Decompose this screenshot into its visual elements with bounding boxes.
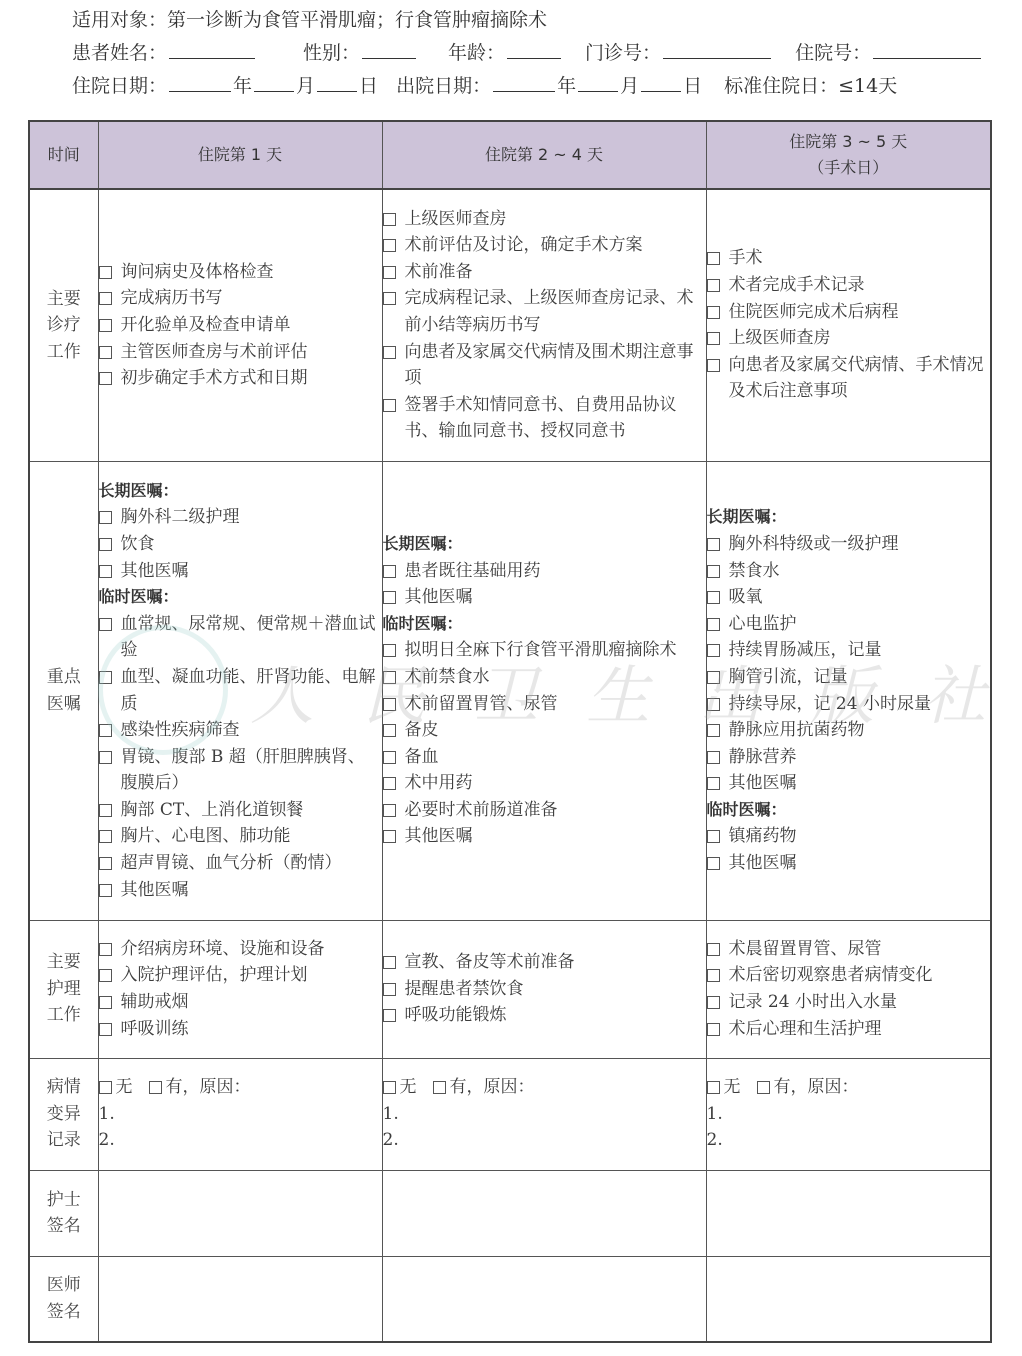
checklist-item[interactable]: 血型、凝血功能、肝肾功能、电解质 (99, 664, 382, 717)
checkbox-icon[interactable] (99, 292, 112, 305)
temporary-orders-title: 临时医嘱： (99, 584, 382, 611)
standard-stay-label: 标准住院日： (724, 70, 838, 103)
admit-year-field[interactable] (169, 71, 231, 92)
long-term-orders-title: 长期医嘱： (707, 504, 991, 531)
patient-info-line: 患者姓名： 性别： 年龄： 门诊号： 住院号： (72, 37, 1012, 70)
column-header-day3-5-sub: （手术日） (707, 155, 991, 181)
checkbox-icon[interactable] (433, 1081, 446, 1094)
patient-name-field[interactable] (169, 38, 255, 59)
column-header-day1: 住院第 1 天 (98, 121, 382, 189)
checkbox-icon[interactable] (707, 943, 720, 956)
doctor-signature-day2-4[interactable] (382, 1256, 706, 1342)
checklist-item[interactable]: 静脉应用抗菌药物 (707, 717, 991, 744)
variance-day1: 无 有，原因： 1. 2. (98, 1058, 382, 1170)
checklist-item[interactable]: 签署手术知情同意书、自费用品协议书、输血同意书、授权同意书 (383, 392, 706, 445)
checkbox-icon[interactable] (383, 671, 396, 684)
checklist-item[interactable]: 其他医嘱 (383, 823, 706, 850)
checklist-item[interactable]: 其他医嘱 (707, 850, 991, 877)
checkbox-icon[interactable] (707, 857, 720, 870)
checklist-item[interactable]: 开化验单及检查申请单 (99, 312, 382, 339)
variance-yes-option[interactable]: 有，原因： (149, 1074, 251, 1101)
checkbox-icon[interactable] (99, 671, 112, 684)
checkbox-icon[interactable] (707, 591, 720, 604)
checklist-item[interactable]: 静脉营养 (707, 744, 991, 771)
checkbox-icon[interactable] (383, 777, 396, 790)
nurse-signature-day3-5[interactable] (706, 1170, 991, 1256)
checklist-item[interactable]: 上级医师查房 (383, 206, 706, 233)
gender-label: 性别： (303, 37, 360, 70)
inpatient-no-field[interactable] (873, 38, 981, 59)
checklist-item[interactable]: 呼吸训练 (99, 1016, 382, 1043)
checklist-item[interactable]: 术后密切观察患者病情变化 (707, 962, 991, 989)
checklist-item[interactable]: 其他医嘱 (383, 584, 706, 611)
checkbox-icon[interactable] (707, 671, 720, 684)
outpatient-no-label: 门诊号： (585, 37, 661, 70)
checklist-item[interactable]: 其他医嘱 (99, 877, 382, 904)
discharge-day-field[interactable] (641, 71, 681, 92)
checklist-item[interactable]: 必要时术前肠道准备 (383, 797, 706, 824)
checklist-item[interactable]: 胸管引流，记量 (707, 664, 991, 691)
checkbox-icon[interactable] (99, 830, 112, 843)
row-label-nurse-signature: 护士 签名 (29, 1170, 98, 1256)
checkbox-icon[interactable] (99, 969, 112, 982)
row-label-variance: 病情 变异 记录 (29, 1058, 98, 1170)
checklist-item[interactable]: 血常规、尿常规、便常规＋潜血试验 (99, 611, 382, 664)
discharge-month-field[interactable] (578, 71, 618, 92)
variance-reason-2[interactable]: 2. (99, 1127, 382, 1154)
variance-none-option[interactable]: 无 (707, 1074, 741, 1101)
checkbox-icon[interactable] (707, 969, 720, 982)
checklist-item[interactable]: 宣教、备皮等术前准备 (383, 949, 706, 976)
doctor-signature-day3-5[interactable] (706, 1256, 991, 1342)
nursing-day1: 介绍病房环境、设施和设备 入院护理评估，护理计划 辅助戒烟 呼吸训练 (98, 920, 382, 1058)
checklist-item[interactable]: 拟明日全麻下行食管平滑肌瘤摘除术 (383, 637, 706, 664)
checklist-item[interactable]: 术前留置胃管、尿管 (383, 691, 706, 718)
checklist-item[interactable]: 术前禁食水 (383, 664, 706, 691)
standard-stay-value: ≤14天 (838, 70, 897, 103)
checkbox-icon[interactable] (99, 372, 112, 385)
checkbox-icon[interactable] (707, 1023, 720, 1036)
checkbox-icon[interactable] (707, 698, 720, 711)
age-label: 年龄： (448, 37, 505, 70)
checklist-item[interactable]: 备血 (383, 744, 706, 771)
checkbox-icon[interactable] (707, 830, 720, 843)
checkbox-icon[interactable] (707, 996, 720, 1009)
column-header-day3-5: 住院第 3 ~ 5 天 （手术日） (706, 121, 991, 189)
checkbox-icon[interactable] (707, 252, 720, 265)
checklist-item[interactable]: 术后心理和生活护理 (707, 1016, 991, 1043)
nursing-day2-4: 宣教、备皮等术前准备 提醒患者禁饮食 呼吸功能锻炼 (382, 920, 706, 1058)
checklist-item[interactable]: 禁食水 (707, 558, 991, 585)
checkbox-icon[interactable] (383, 239, 396, 252)
checkbox-icon[interactable] (707, 777, 720, 790)
row-label-key-orders: 重点 医嘱 (29, 461, 98, 920)
checklist-item[interactable]: 呼吸功能锻炼 (383, 1002, 706, 1029)
checklist-item[interactable]: 完成病历书写 (99, 285, 382, 312)
form-header: 适用对象： 第一诊断为食管平滑肌瘤；行食管肿瘤摘除术 患者姓名： 性别： 年龄：… (72, 4, 1012, 103)
checkbox-icon[interactable] (383, 956, 396, 969)
checklist-item[interactable]: 记录 24 小时出入水量 (707, 989, 991, 1016)
main-work-day1: 询问病史及体格检查 完成病历书写 开化验单及检查申请单 主管医师查房与术前评估 … (98, 189, 382, 461)
admit-day-field[interactable] (317, 71, 357, 92)
nursing-day3-5: 术晨留置胃管、尿管 术后密切观察患者病情变化 记录 24 小时出入水量 术后心理… (706, 920, 991, 1058)
discharge-year-field[interactable] (493, 71, 555, 92)
applicable-line: 适用对象： 第一诊断为食管平滑肌瘤；行食管肿瘤摘除术 (72, 4, 1012, 37)
checklist-item[interactable]: 其他医嘱 (99, 558, 382, 585)
checkbox-icon[interactable] (383, 399, 396, 412)
checklist-item[interactable]: 上级医师查房 (707, 325, 991, 352)
checklist-item[interactable]: 胃镜、腹部 B 超（肝胆脾胰肾、腹膜后） (99, 744, 382, 797)
checklist-item[interactable]: 胸片、心电图、肺功能 (99, 823, 382, 850)
year-label: 年 (233, 70, 252, 103)
variance-none-option[interactable]: 无 (99, 1074, 133, 1101)
applicable-label: 适用对象： (72, 4, 167, 37)
checklist-item[interactable]: 备皮 (383, 717, 706, 744)
row-key-orders: 重点 医嘱 长期医嘱： 胸外科二级护理 饮食 其他医嘱 临时医嘱： 血常规、尿常… (29, 461, 991, 920)
day-label: 日 (359, 70, 378, 103)
checklist-item[interactable]: 持续导尿，记 24 小时尿量 (707, 691, 991, 718)
checkbox-icon[interactable] (707, 279, 720, 292)
key-orders-day1: 长期医嘱： 胸外科二级护理 饮食 其他医嘱 临时医嘱： 血常规、尿常规、便常规＋… (98, 461, 382, 920)
checkbox-icon[interactable] (99, 1023, 112, 1036)
checklist-item[interactable]: 其他医嘱 (707, 770, 991, 797)
outpatient-no-field[interactable] (663, 38, 771, 59)
checkbox-icon[interactable] (707, 618, 720, 631)
admit-date-label: 住院日期： (72, 70, 167, 103)
nurse-signature-day1[interactable] (98, 1170, 382, 1256)
year-label: 年 (557, 70, 576, 103)
checklist-item[interactable]: 向患者及家属交代病情、手术情况及术后注意事项 (707, 352, 991, 405)
long-term-orders-title: 长期医嘱： (383, 531, 706, 558)
temporary-orders-title: 临时医嘱： (707, 797, 991, 824)
variance-reason-1[interactable]: 1. (99, 1101, 382, 1128)
checklist-item[interactable]: 主管医师查房与术前评估 (99, 339, 382, 366)
checklist-item[interactable]: 持续胃肠减压，记量 (707, 637, 991, 664)
row-label-nursing: 主要 护理 工作 (29, 920, 98, 1058)
checklist-item[interactable]: 感染性疾病筛查 (99, 717, 382, 744)
checklist-item[interactable]: 询问病史及体格检查 (99, 259, 382, 286)
checkbox-icon[interactable] (99, 1081, 112, 1094)
variance-yes-option[interactable]: 有，原因： (757, 1074, 859, 1101)
checklist-item[interactable]: 手术 (707, 245, 991, 272)
admit-month-field[interactable] (254, 71, 294, 92)
temporary-orders-title: 临时医嘱： (383, 611, 706, 638)
age-field[interactable] (507, 38, 561, 59)
checkbox-icon[interactable] (99, 266, 112, 279)
checkbox-icon[interactable] (99, 943, 112, 956)
clinical-pathway-table: 时间 住院第 1 天 住院第 2 ~ 4 天 住院第 3 ~ 5 天 （手术日）… (28, 120, 992, 1343)
checkbox-icon[interactable] (383, 751, 396, 764)
variance-reason-1[interactable]: 1. (383, 1101, 706, 1128)
dates-line: 住院日期： 年 月 日 出院日期： 年 月 日 标准住院日： ≤14天 (72, 70, 1012, 103)
gender-field[interactable] (362, 38, 416, 59)
checklist-item[interactable]: 饮食 (99, 531, 382, 558)
main-work-day3-5: 手术 术者完成手术记录 住院医师完成术后病程 上级医师查房 向患者及家属交代病情… (706, 189, 991, 461)
checkbox-icon[interactable] (99, 346, 112, 359)
checklist-item[interactable]: 提醒患者禁饮食 (383, 976, 706, 1003)
table-header-row: 时间 住院第 1 天 住院第 2 ~ 4 天 住院第 3 ~ 5 天 （手术日） (29, 121, 991, 189)
variance-reason-2[interactable]: 2. (707, 1127, 991, 1154)
checkbox-icon[interactable] (707, 751, 720, 764)
checkbox-icon[interactable] (707, 332, 720, 345)
checkbox-icon[interactable] (383, 346, 396, 359)
checklist-item[interactable]: 介绍病房环境、设施和设备 (99, 936, 382, 963)
discharge-date-label: 出院日期： (396, 70, 491, 103)
checkbox-icon[interactable] (99, 857, 112, 870)
checkbox-icon[interactable] (99, 538, 112, 551)
checkbox-icon[interactable] (383, 983, 396, 996)
checkbox-icon[interactable] (99, 884, 112, 897)
checkbox-icon[interactable] (383, 266, 396, 279)
row-label-doctor-signature: 医师 签名 (29, 1256, 98, 1342)
checkbox-icon[interactable] (99, 511, 112, 524)
checkbox-icon[interactable] (707, 644, 720, 657)
variance-none-option[interactable]: 无 (383, 1074, 417, 1101)
variance-reason-1[interactable]: 1. (707, 1101, 991, 1128)
checkbox-icon[interactable] (757, 1081, 770, 1094)
checkbox-icon[interactable] (149, 1081, 162, 1094)
checkbox-icon[interactable] (707, 359, 720, 372)
checklist-item[interactable]: 术前评估及讨论，确定手术方案 (383, 232, 706, 259)
doctor-signature-day1[interactable] (98, 1256, 382, 1342)
checkbox-icon[interactable] (383, 213, 396, 226)
checkbox-icon[interactable] (707, 538, 720, 551)
applicable-value: 第一诊断为食管平滑肌瘤；行食管肿瘤摘除术 (167, 4, 547, 37)
row-label-main-work: 主要 诊疗 工作 (29, 189, 98, 461)
column-header-day3-5-title: 住院第 3 ~ 5 天 (707, 129, 991, 155)
checklist-item[interactable]: 超声胃镜、血气分析（酌情） (99, 850, 382, 877)
key-orders-day3-5: 长期医嘱： 胸外科特级或一级护理 禁食水 吸氧 心电监护 持续胃肠减压，记量 胸… (706, 461, 991, 920)
checkbox-icon[interactable] (383, 292, 396, 305)
row-doctor-signature: 医师 签名 (29, 1256, 991, 1342)
inpatient-no-label: 住院号： (795, 37, 871, 70)
main-work-day2-4: 上级医师查房 术前评估及讨论，确定手术方案 术前准备 完成病程记录、上级医师查房… (382, 189, 706, 461)
long-term-orders-title: 长期医嘱： (99, 478, 382, 505)
checkbox-icon[interactable] (99, 618, 112, 631)
checkbox-icon[interactable] (99, 724, 112, 737)
checkbox-icon[interactable] (383, 1081, 396, 1094)
month-label: 月 (620, 70, 639, 103)
checklist-item[interactable]: 术前准备 (383, 259, 706, 286)
column-header-day2-4: 住院第 2 ~ 4 天 (382, 121, 706, 189)
checkbox-icon[interactable] (99, 319, 112, 332)
column-header-time: 时间 (29, 121, 98, 189)
variance-day2-4: 无 有，原因： 1. 2. (382, 1058, 706, 1170)
checklist-item[interactable]: 向患者及家属交代病情及围术期注意事项 (383, 339, 706, 392)
checkbox-icon[interactable] (99, 565, 112, 578)
nurse-signature-day2-4[interactable] (382, 1170, 706, 1256)
checklist-item[interactable]: 吸氧 (707, 584, 991, 611)
checklist-item[interactable]: 术晨留置胃管、尿管 (707, 936, 991, 963)
checkbox-icon[interactable] (99, 804, 112, 817)
checkbox-icon[interactable] (707, 724, 720, 737)
variance-reason-2[interactable]: 2. (383, 1127, 706, 1154)
checkbox-icon[interactable] (383, 644, 396, 657)
checkbox-icon[interactable] (707, 1081, 720, 1094)
row-nurse-signature: 护士 签名 (29, 1170, 991, 1256)
checkbox-icon[interactable] (383, 804, 396, 817)
checkbox-icon[interactable] (707, 306, 720, 319)
row-variance: 病情 变异 记录 无 有，原因： 1. 2. 无 有，原因： 1. 2. (29, 1058, 991, 1170)
checkbox-icon[interactable] (99, 751, 112, 764)
patient-name-label: 患者姓名： (72, 37, 167, 70)
checkbox-icon[interactable] (383, 698, 396, 711)
checklist-item[interactable]: 辅助戒烟 (99, 989, 382, 1016)
row-main-work: 主要 诊疗 工作 询问病史及体格检查 完成病历书写 开化验单及检查申请单 主管医… (29, 189, 991, 461)
checkbox-icon[interactable] (383, 830, 396, 843)
checklist-item[interactable]: 镇痛药物 (707, 823, 991, 850)
variance-yes-option[interactable]: 有，原因： (433, 1074, 535, 1101)
checkbox-icon[interactable] (707, 565, 720, 578)
checklist-item[interactable]: 术中用药 (383, 770, 706, 797)
checklist-item[interactable]: 胸外科特级或一级护理 (707, 531, 991, 558)
row-nursing: 主要 护理 工作 介绍病房环境、设施和设备 入院护理评估，护理计划 辅助戒烟 呼… (29, 920, 991, 1058)
checklist-item[interactable]: 患者既往基础用药 (383, 558, 706, 585)
key-orders-day2-4: 长期医嘱： 患者既往基础用药 其他医嘱 临时医嘱： 拟明日全麻下行食管平滑肌瘤摘… (382, 461, 706, 920)
checklist-item[interactable]: 初步确定手术方式和日期 (99, 365, 382, 392)
checkbox-icon[interactable] (99, 996, 112, 1009)
checkbox-icon[interactable] (383, 1009, 396, 1022)
checklist-item[interactable]: 术者完成手术记录 (707, 272, 991, 299)
checklist-item[interactable]: 胸部 CT、上消化道钡餐 (99, 797, 382, 824)
checkbox-icon[interactable] (383, 591, 396, 604)
checklist-item[interactable]: 住院医师完成术后病程 (707, 299, 991, 326)
checklist-item[interactable]: 入院护理评估，护理计划 (99, 962, 382, 989)
checkbox-icon[interactable] (383, 565, 396, 578)
variance-day3-5: 无 有，原因： 1. 2. (706, 1058, 991, 1170)
day-label: 日 (683, 70, 702, 103)
month-label: 月 (296, 70, 315, 103)
checklist-item[interactable]: 胸外科二级护理 (99, 504, 382, 531)
checkbox-icon[interactable] (383, 724, 396, 737)
checklist-item[interactable]: 完成病程记录、上级医师查房记录、术前小结等病历书写 (383, 285, 706, 338)
checklist-item[interactable]: 心电监护 (707, 611, 991, 638)
